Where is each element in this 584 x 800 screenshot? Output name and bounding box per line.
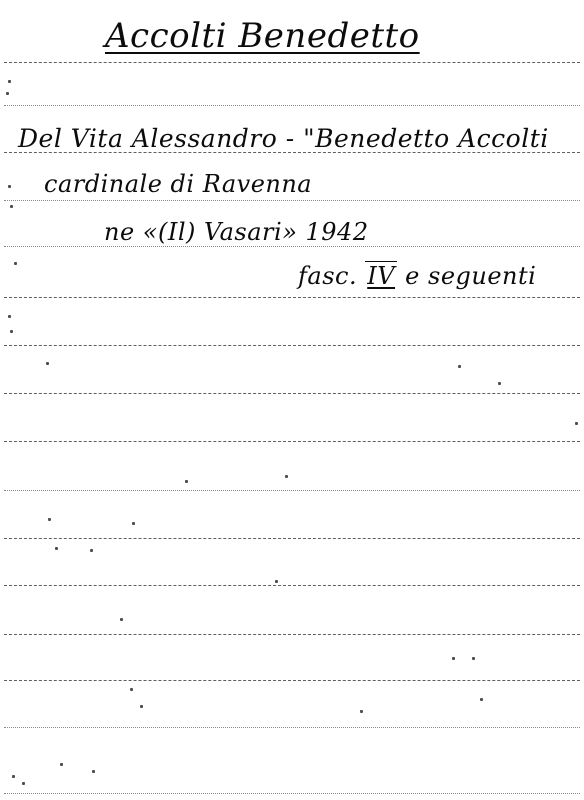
ruled-line bbox=[4, 246, 580, 247]
card-heading: Accolti Benedetto bbox=[105, 16, 420, 56]
ruled-line bbox=[4, 105, 580, 106]
ruled-line bbox=[4, 393, 580, 394]
ruled-line bbox=[4, 727, 580, 728]
index-card: Accolti Benedetto Del Vita Alessandro - … bbox=[0, 0, 584, 800]
ruled-line bbox=[4, 585, 580, 586]
ruled-line bbox=[4, 62, 580, 63]
citation-author-title: Del Vita Alessandro - "Benedetto Accolti bbox=[18, 124, 549, 153]
ruled-line bbox=[4, 793, 580, 794]
fascicle-suffix: e seguenti bbox=[405, 262, 536, 290]
citation-fascicle: fasc. IV e seguenti bbox=[298, 262, 536, 290]
ruled-line bbox=[4, 634, 580, 635]
ruled-line bbox=[4, 538, 580, 539]
fascicle-prefix: fasc. bbox=[298, 262, 357, 290]
ruled-line bbox=[4, 345, 580, 346]
ruled-line bbox=[4, 297, 580, 298]
ruled-line bbox=[4, 200, 580, 201]
ruled-line bbox=[4, 680, 580, 681]
ruled-line bbox=[4, 441, 580, 442]
fascicle-number: IV bbox=[365, 261, 397, 290]
citation-journal: ne «(Il) Vasari» 1942 bbox=[104, 218, 369, 246]
citation-title-cont: cardinale di Ravenna bbox=[44, 170, 312, 198]
ruled-line bbox=[4, 490, 580, 491]
